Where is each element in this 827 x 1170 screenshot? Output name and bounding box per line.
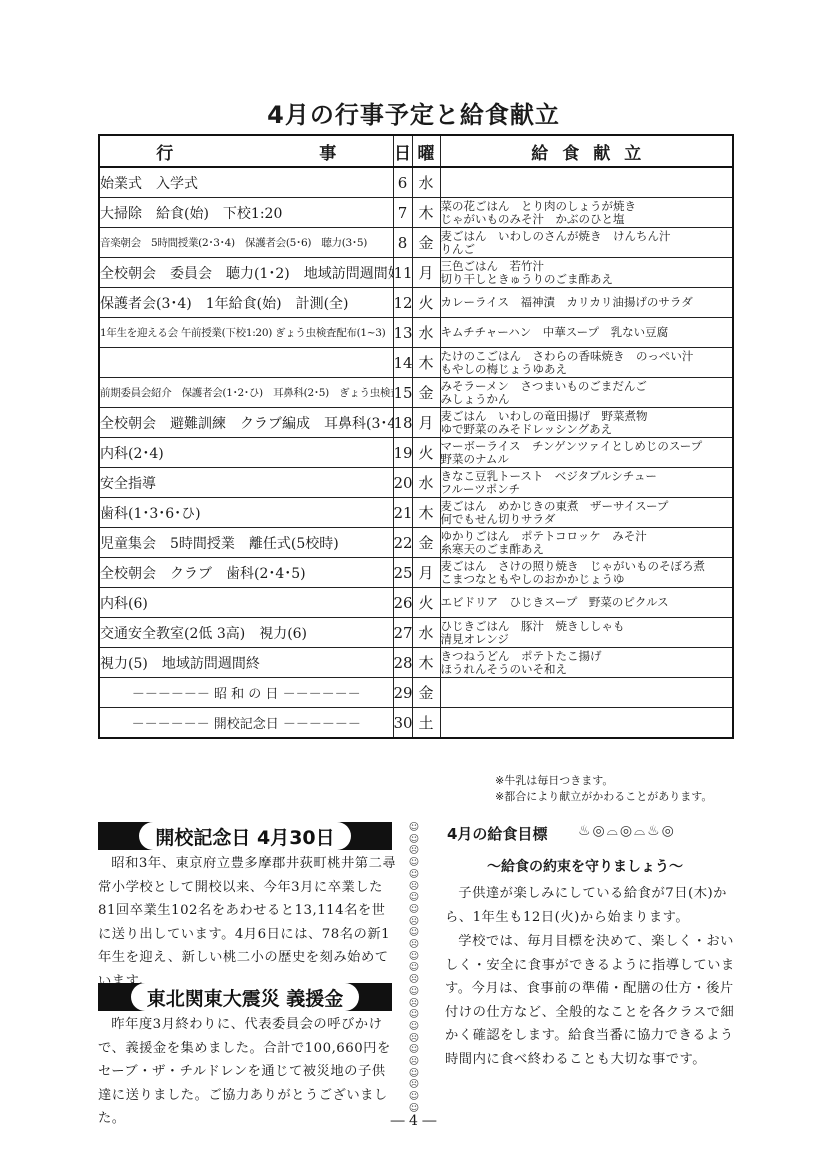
weekday-cell: 金 [412, 528, 440, 558]
event-cell: 保護者会(3･4) 1年給食(始) 計測(全) [99, 288, 393, 318]
menu-line-1: きつねうどん ポテトたこ揚げ [441, 650, 733, 663]
weekday-cell: 月 [412, 408, 440, 438]
lunch-goal-heading: 4月の給食目標 [447, 823, 547, 844]
menu-cell: 三色ごはん 若竹汁切り干しときゅうりのごま酢あえ [440, 258, 733, 288]
menu-cell: キムチチャーハン 中華スープ 乳ない豆腐 [440, 318, 733, 348]
weekday-cell: 金 [412, 228, 440, 258]
menu-line-1: 三色ごはん 若竹汁 [441, 260, 733, 273]
menu-line-1: カレーライス 福神漬 カリカリ油揚げのサラダ [441, 296, 733, 309]
menu-line-2: ゆで野菜のみそドレッシングあえ [441, 423, 733, 436]
menu-cell: カレーライス 福神漬 カリカリ油揚げのサラダ [440, 288, 733, 318]
weekday-cell: 水 [412, 167, 440, 198]
table-row: 全校朝会 避難訓練 クラブ編成 耳鼻科(3･4)18月麦ごはん いわしの竜田揚げ… [99, 408, 733, 438]
day-cell: 11 [393, 258, 412, 288]
weekday-cell: 金 [412, 378, 440, 408]
day-cell: 6 [393, 167, 412, 198]
menu-cell [440, 678, 733, 708]
menu-line-1: キムチチャーハン 中華スープ 乳ない豆腐 [441, 326, 733, 339]
menu-cell: 麦ごはん いわしのさんが焼き けんちん汁りんご [440, 228, 733, 258]
menu-line-2: 切り干しときゅうりのごま酢あえ [441, 273, 733, 286]
table-row: 前期委員会紹介 保護者会(1･2･ひ) 耳鼻科(2･5) ぎょう虫検査回収15金… [99, 378, 733, 408]
day-cell: 12 [393, 288, 412, 318]
anniversary-banner: 開校記念日 4月30日 [98, 822, 392, 850]
event-cell: 全校朝会 委員会 聴力(1･2) 地域訪問週間始 [99, 258, 393, 288]
weekday-cell: 木 [412, 198, 440, 228]
menu-cell [440, 167, 733, 198]
menu-line-2: ほうれんそうのいそ和え [441, 663, 733, 676]
table-row: 歯科(1･3･6･ひ)21木麦ごはん めかじきの東煮 ザーサイスープ何でもせん切… [99, 498, 733, 528]
menu-cell: 麦ごはん さけの照り焼き じゃがいものそぼろ煮こまつなともやしのおかかじょうゆ [440, 558, 733, 588]
table-row: 全校朝会 委員会 聴力(1･2) 地域訪問週間始11月三色ごはん 若竹汁切り干し… [99, 258, 733, 288]
table-row: －－－－－－ 昭 和 の 日 －－－－－－29金 [99, 678, 733, 708]
table-row: 内科(2･4)19火マーボーライス チンゲンツァイとしめじのスープ野菜のナムル [99, 438, 733, 468]
weekday-cell: 月 [412, 558, 440, 588]
note-milk: ※牛乳は毎日つきます。 [495, 773, 712, 789]
weekday-cell: 木 [412, 498, 440, 528]
day-cell: 14 [393, 348, 412, 378]
event-cell: 歯科(1･3･6･ひ) [99, 498, 393, 528]
menu-cell: 麦ごはん めかじきの東煮 ザーサイスープ何でもせん切りサラダ [440, 498, 733, 528]
day-cell: 26 [393, 588, 412, 618]
weekday-cell: 火 [412, 288, 440, 318]
day-cell: 30 [393, 708, 412, 739]
menu-cell: 麦ごはん いわしの竜田揚げ 野菜煮物ゆで野菜のみそドレッシングあえ [440, 408, 733, 438]
weekday-cell: 水 [412, 618, 440, 648]
menu-line-1: エビドリア ひじきスープ 野菜のピクルス [441, 596, 733, 609]
day-cell: 21 [393, 498, 412, 528]
note-menu-change: ※都合により献立がかわることがあります。 [495, 789, 712, 805]
menu-line-1: 麦ごはん いわしの竜田揚げ 野菜煮物 [441, 410, 733, 423]
day-cell: 7 [393, 198, 412, 228]
smiley-divider-icon: ☺☺☹☺☺☹☺☺☹☺☹☺☺☹☺☹☺☺☹☺☹☺☹☺☺ [407, 822, 421, 1115]
day-cell: 15 [393, 378, 412, 408]
event-cell: 内科(2･4) [99, 438, 393, 468]
day-cell: 18 [393, 408, 412, 438]
table-row: 1年生を迎える会 午前授業(下校1:20) ぎょう虫検査配布(1~3)13水キム… [99, 318, 733, 348]
weekday-cell: 木 [412, 648, 440, 678]
event-cell [99, 348, 393, 378]
event-cell: 始業式 入学式 [99, 167, 393, 198]
menu-cell [440, 708, 733, 739]
table-row: 始業式 入学式6水 [99, 167, 733, 198]
table-row: －－－－－－ 開校記念日 －－－－－－30土 [99, 708, 733, 739]
day-cell: 22 [393, 528, 412, 558]
menu-cell: マーボーライス チンゲンツァイとしめじのスープ野菜のナムル [440, 438, 733, 468]
day-cell: 28 [393, 648, 412, 678]
day-cell: 29 [393, 678, 412, 708]
anniversary-body: 昭和3年、東京府立豊多摩郡井荻町桃井第二尋常小学校として開校以来、今年3月に卒業… [98, 852, 398, 993]
donation-heading: 東北関東大震災 義援金 [131, 983, 360, 1011]
table-row: 全校朝会 クラブ 歯科(2･4･5)25月麦ごはん さけの照り焼き じゃがいもの… [99, 558, 733, 588]
day-cell: 20 [393, 468, 412, 498]
weekday-cell: 水 [412, 318, 440, 348]
menu-line-1: みそラーメン さつまいものごまだんご [441, 380, 733, 393]
schedule-table: 行事 日 曜 給食献立 始業式 入学式6水大掃除 給食(始) 下校1:207木菜… [98, 134, 734, 739]
table-row: 児童集会 5時間授業 離任式(5校時)22金ゆかりごはん ポテトコロッケ みそ汁… [99, 528, 733, 558]
menu-line-1: 麦ごはん いわしのさんが焼き けんちん汁 [441, 230, 733, 243]
event-cell: －－－－－－ 開校記念日 －－－－－－ [99, 708, 393, 739]
menu-line-1: マーボーライス チンゲンツァイとしめじのスープ [441, 440, 733, 453]
menu-line-2: フルーツポンチ [441, 483, 733, 496]
table-row: 大掃除 給食(始) 下校1:207木菜の花ごはん とり肉のしょうが焼きじゃがいも… [99, 198, 733, 228]
menu-line-2: 野菜のナムル [441, 453, 733, 466]
event-cell: 内科(6) [99, 588, 393, 618]
event-cell: 大掃除 給食(始) 下校1:20 [99, 198, 393, 228]
event-cell: －－－－－－ 昭 和 の 日 －－－－－－ [99, 678, 393, 708]
weekday-cell: 水 [412, 468, 440, 498]
weekday-cell: 月 [412, 258, 440, 288]
menu-line-1: 麦ごはん さけの照り焼き じゃがいものそぼろ煮 [441, 560, 733, 573]
weekday-cell: 金 [412, 678, 440, 708]
weekday-cell: 木 [412, 348, 440, 378]
event-cell: 安全指導 [99, 468, 393, 498]
donation-banner: 東北関東大震災 義援金 [98, 983, 392, 1011]
menu-line-2: みしょうかん [441, 393, 733, 406]
day-cell: 19 [393, 438, 412, 468]
event-cell: 視力(5) 地域訪問週間終 [99, 648, 393, 678]
page-number: ― 4 ― [0, 1113, 827, 1129]
header-events: 行事 [99, 135, 393, 167]
header-day: 日 [393, 135, 412, 167]
lunch-goal-subheading: ～給食の約束を守りましょう～ [425, 856, 745, 876]
weekday-cell: 火 [412, 438, 440, 468]
anniversary-heading: 開校記念日 4月30日 [139, 822, 350, 850]
weekday-cell: 土 [412, 708, 440, 739]
day-cell: 8 [393, 228, 412, 258]
header-menu: 給食献立 [440, 135, 733, 167]
menu-line-1: 麦ごはん めかじきの東煮 ザーサイスープ [441, 500, 733, 513]
menu-line-2: りんご [441, 243, 733, 256]
menu-line-2: もやしの梅じょうゆあえ [441, 363, 733, 376]
menu-line-2: 糸寒天のごま酢あえ [441, 543, 733, 556]
table-row: 交通安全教室(2低 3高) 視力(6)27水ひじきごはん 豚汁 焼きししゃも清見… [99, 618, 733, 648]
day-cell: 13 [393, 318, 412, 348]
menu-line-1: 菜の花ごはん とり肉のしょうが焼き [441, 200, 733, 213]
food-illustration-icon: ♨◎⌓◎⌓♨◎ [578, 823, 676, 839]
menu-cell: エビドリア ひじきスープ 野菜のピクルス [440, 588, 733, 618]
table-row: 保護者会(3･4) 1年給食(始) 計測(全)12火カレーライス 福神漬 カリカ… [99, 288, 733, 318]
menu-line-1: ひじきごはん 豚汁 焼きししゃも [441, 620, 733, 633]
menu-cell: みそラーメン さつまいものごまだんごみしょうかん [440, 378, 733, 408]
menu-line-1: ゆかりごはん ポテトコロッケ みそ汁 [441, 530, 733, 543]
menu-cell: きなこ豆乳トースト ベジタブルシチューフルーツポンチ [440, 468, 733, 498]
menu-line-2: 清見オレンジ [441, 633, 733, 646]
menu-cell: 菜の花ごはん とり肉のしょうが焼きじゃがいものみそ汁 かぶのひと塩 [440, 198, 733, 228]
menu-line-1: きなこ豆乳トースト ベジタブルシチュー [441, 470, 733, 483]
event-cell: 前期委員会紹介 保護者会(1･2･ひ) 耳鼻科(2･5) ぎょう虫検査回収 [99, 378, 393, 408]
event-cell: 児童集会 5時間授業 離任式(5校時) [99, 528, 393, 558]
event-cell: 音楽朝会 5時間授業(2･3･4) 保護者会(5･6) 聴力(3･5) [99, 228, 393, 258]
menu-line-2: 何でもせん切りサラダ [441, 513, 733, 526]
lunch-goal-paragraph-1: 子供達が楽しみにしている給食が7日(木)から、1年生も12日(火)から始まります… [445, 882, 735, 929]
table-notes: ※牛乳は毎日つきます。 ※都合により献立がかわることがあります。 [495, 773, 712, 805]
lunch-goal-paragraph-2: 学校では、毎月目標を決めて、楽しく・おいしく・安全に食事ができるように指導してい… [445, 930, 735, 1071]
menu-cell: たけのこごはん さわらの香味焼き のっぺい汁もやしの梅じょうゆあえ [440, 348, 733, 378]
day-cell: 27 [393, 618, 412, 648]
table-row: 音楽朝会 5時間授業(2･3･4) 保護者会(5･6) 聴力(3･5)8金麦ごは… [99, 228, 733, 258]
menu-line-2: こまつなともやしのおかかじょうゆ [441, 573, 733, 586]
event-cell: 交通安全教室(2低 3高) 視力(6) [99, 618, 393, 648]
event-cell: 全校朝会 避難訓練 クラブ編成 耳鼻科(3･4) [99, 408, 393, 438]
table-header-row: 行事 日 曜 給食献立 [99, 135, 733, 167]
table-row: 内科(6)26火エビドリア ひじきスープ 野菜のピクルス [99, 588, 733, 618]
event-cell: 1年生を迎える会 午前授業(下校1:20) ぎょう虫検査配布(1~3) [99, 318, 393, 348]
menu-line-2: じゃがいものみそ汁 かぶのひと塩 [441, 213, 733, 226]
table-row: 安全指導20水きなこ豆乳トースト ベジタブルシチューフルーツポンチ [99, 468, 733, 498]
menu-cell: ひじきごはん 豚汁 焼きししゃも清見オレンジ [440, 618, 733, 648]
page-title: 4月の行事予定と給食献立 [0, 95, 827, 130]
weekday-cell: 火 [412, 588, 440, 618]
day-cell: 25 [393, 558, 412, 588]
event-cell: 全校朝会 クラブ 歯科(2･4･5) [99, 558, 393, 588]
table-row: 14木たけのこごはん さわらの香味焼き のっぺい汁もやしの梅じょうゆあえ [99, 348, 733, 378]
menu-cell: きつねうどん ポテトたこ揚げほうれんそうのいそ和え [440, 648, 733, 678]
table-row: 視力(5) 地域訪問週間終28木きつねうどん ポテトたこ揚げほうれんそうのいそ和… [99, 648, 733, 678]
menu-cell: ゆかりごはん ポテトコロッケ みそ汁糸寒天のごま酢あえ [440, 528, 733, 558]
header-weekday: 曜 [412, 135, 440, 167]
menu-line-1: たけのこごはん さわらの香味焼き のっぺい汁 [441, 350, 733, 363]
